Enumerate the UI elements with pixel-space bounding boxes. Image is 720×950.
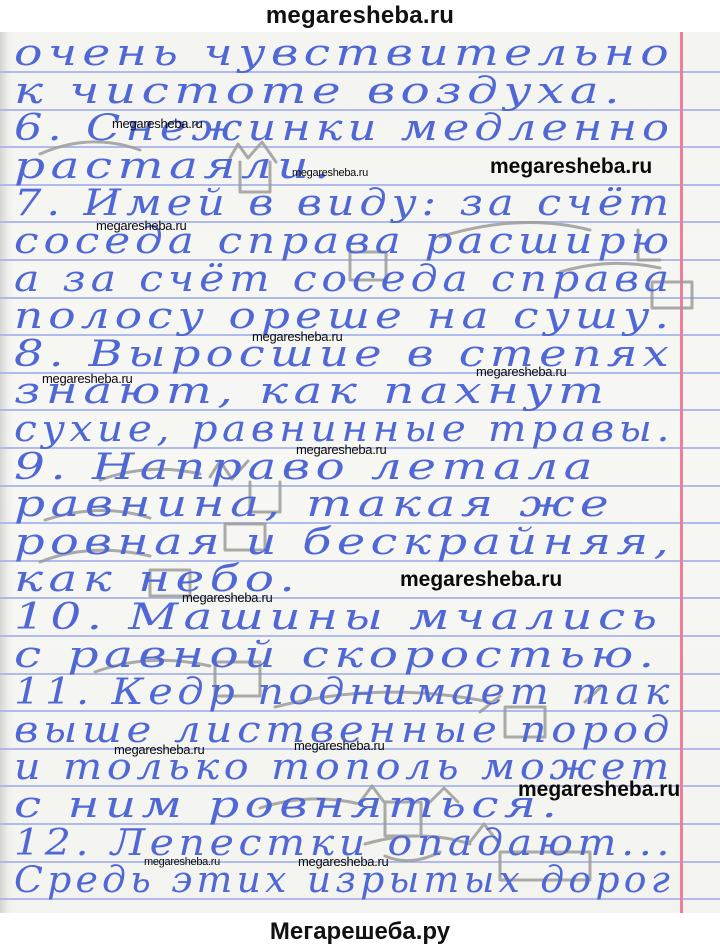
handwritten-line: 11. Кедр поднимает так	[14, 674, 674, 712]
watermark: megaresheba.ru	[476, 364, 566, 379]
handwritten-line: 10. Машины мчались	[14, 599, 662, 637]
handwritten-line: полосу ореше на сушу.	[14, 298, 674, 336]
handwritten-line: к чистоте воздуха.	[14, 73, 625, 111]
watermark: megaresheba.ru	[144, 856, 220, 868]
handwritten-line: а за счёт соседа справа	[14, 261, 674, 299]
site-footer: Мегарешеба.ру	[0, 913, 720, 950]
handwritten-line: с равной скоростью.	[14, 637, 660, 675]
handwritten-line: очень чувствительно	[14, 35, 674, 73]
handwritten-line: 8. Выросшие в степях	[14, 336, 674, 374]
watermark: megaresheba.ru	[298, 854, 388, 869]
handwritten-line: равнина, такая же	[14, 486, 614, 524]
handwritten-line: ровная и бескрайняя,	[14, 524, 674, 562]
watermark: megaresheba.ru	[252, 329, 342, 344]
site-header: megaresheba.ru	[0, 0, 720, 32]
watermark: megaresheba.ru	[42, 371, 132, 386]
handwritten-line: растаяли.	[14, 148, 335, 186]
watermark: megaresheba.ru	[182, 590, 272, 605]
watermark: megaresheba.ru	[296, 442, 386, 457]
watermark: megaresheba.ru	[518, 778, 680, 802]
watermark: megaresheba.ru	[490, 155, 652, 179]
watermark: megaresheba.ru	[112, 116, 202, 131]
watermark: megaresheba.ru	[114, 742, 204, 757]
watermark: megaresheba.ru	[292, 167, 368, 179]
watermark: megaresheba.ru	[96, 218, 186, 233]
watermark: megaresheba.ru	[294, 738, 384, 753]
notebook-page: очень чувствительнок чистоте воздуха.6. …	[0, 32, 720, 913]
watermark: megaresheba.ru	[400, 568, 562, 592]
handwritten-line: с ним ровняться.	[14, 787, 562, 825]
